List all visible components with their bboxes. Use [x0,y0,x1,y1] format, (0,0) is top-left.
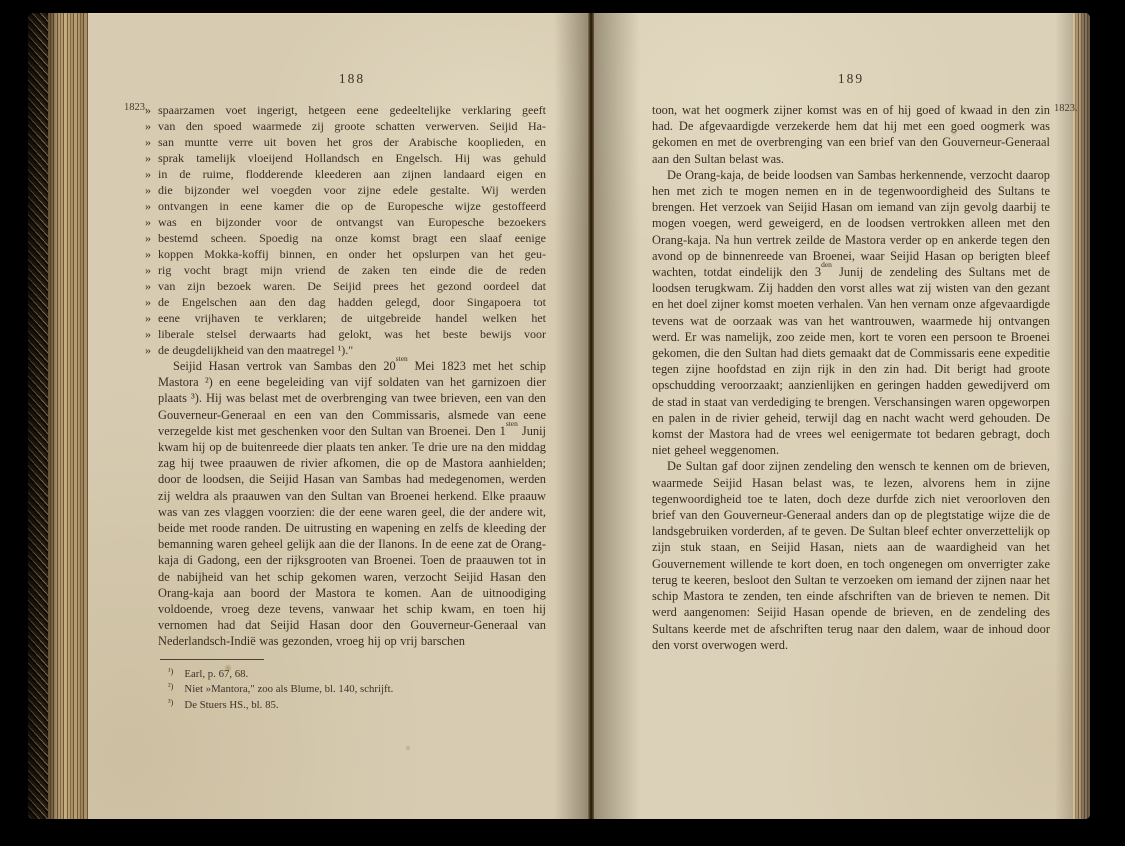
quote-line: »rig vocht bragt mijn vriend de zaken te… [158,262,546,278]
quote-line: »sprak tamelijk vloeijend Hollandsch en … [158,150,546,166]
body-paragraph: De Sultan gaf door zijnen zendeling den … [652,458,1050,652]
quote-mark: » [145,262,151,278]
quote-line-text: liberale stelsel derwaarts had gelokt, w… [158,327,546,341]
quote-line: »de deugdelijkheid van den maatregel ¹).… [158,342,546,358]
body-paragraph: De Orang-kaja, de beide loodsen van Samb… [652,167,1050,459]
quote-line: »liberale stelsel derwaarts had gelokt, … [158,326,546,342]
quote-line: »san muntte verre uit boven het gros der… [158,134,546,150]
margin-year-right: 1823. [1054,103,1078,114]
quote-mark: » [145,182,151,198]
footnote-rule [160,659,264,660]
quote-line-text: de Engelschen aan den dag hadden gelegd,… [158,295,546,309]
quote-line-text: ontvangen in eene kamer die op de Europe… [158,199,546,213]
quote-mark: » [145,166,151,182]
quote-line: »de Engelschen aan den dag hadden gelegd… [158,294,546,310]
page-189: 189 1823. toon, wat het oogmerk zijner k… [594,13,1073,819]
quote-line: »spaarzamen voet ingerigt, hetgeen eene … [158,102,546,118]
quote-line: »was en bijzonder voor de ontvangst van … [158,214,546,230]
quote-line: »van zijn bezoek waren. De Seijid prees … [158,278,546,294]
page-189-content: toon, wat het oogmerk zijner komst was e… [652,102,1050,653]
quote-line: »bestemd scheen. Spoedig na onze komst b… [158,230,546,246]
book-scan: { "colors": { "background": "#000000", "… [0,0,1125,846]
footnote-text: Niet »Mantora," zoo als Blume, bl. 140, … [184,683,393,695]
footnote-marker: ²) [168,681,173,691]
quote-line-text: in de ruime, flodderende kleederen aan z… [158,167,546,181]
body-paragraph: toon, wat het oogmerk zijner komst was e… [652,102,1050,167]
quote-mark: » [145,230,151,246]
quote-mark: » [145,102,151,118]
quote-mark: » [145,310,151,326]
footnote-item: ¹)Earl, p. 67, 68. [158,667,546,683]
footnote-text: De Stuers HS., bl. 85. [184,699,278,711]
quote-line: »in de ruime, flodderende kleederen aan … [158,166,546,182]
quote-mark: » [145,246,151,262]
quote-mark: » [145,278,151,294]
quote-mark: » [145,214,151,230]
quote-mark: » [145,342,151,358]
page-number-left: 188 [158,71,546,89]
page-edges-right [1073,13,1090,819]
quote-paragraph: »spaarzamen voet ingerigt, hetgeen eene … [158,102,546,358]
page-edges-left [48,13,88,819]
quote-line: »die bijzonder wel voegden voor zijne ed… [158,182,546,198]
quote-line: »koppen Mokka-koffij binnen, en onder he… [158,246,546,262]
quote-line-text: eene vrijhaven te verklaren; de uitgebre… [158,311,546,325]
quote-line-text: spaarzamen voet ingerigt, hetgeen eene g… [158,103,546,117]
open-book: 188 1823. »spaarzamen voet ingerigt, het… [28,13,1090,819]
page-188-content: »spaarzamen voet ingerigt, hetgeen eene … [158,102,546,713]
quote-line-text: van den spoed waarmede zij groote schatt… [158,119,546,133]
footnote-item: ²)Niet »Mantora," zoo als Blume, bl. 140… [158,682,546,698]
quote-line-text: bestemd scheen. Spoedig na onze komst br… [158,231,546,245]
quote-mark: » [145,198,151,214]
footnote-text: Earl, p. 67, 68. [184,668,248,680]
quote-line: »van den spoed waarmede zij groote schat… [158,118,546,134]
book-spine-edge [28,13,48,819]
quote-line-text: koppen Mokka-koffij binnen, en onder het… [158,247,546,261]
quote-line-text: sprak tamelijk vloeijend Hollandsch en E… [158,151,546,165]
quote-line-text: de deugdelijkheid van den maatregel ¹)." [158,343,353,357]
page-188: 188 1823. »spaarzamen voet ingerigt, het… [88,13,588,819]
quote-mark: » [145,326,151,342]
footnote-marker: ³) [168,697,173,707]
quote-mark: » [145,134,151,150]
page-189-text-block: 189 1823. toon, wat het oogmerk zijner k… [652,13,1050,653]
footnote-item: ³)De Stuers HS., bl. 85. [158,698,546,714]
quote-mark: » [145,118,151,134]
page-188-text-block: 188 1823. »spaarzamen voet ingerigt, het… [158,13,546,713]
quote-line-text: van zijn bezoek waren. De Seijid prees h… [158,279,546,293]
page-number-right: 189 [652,71,1050,89]
quote-line-text: san muntte verre uit boven het gros der … [158,135,546,149]
footnote-marker: ¹) [168,666,173,676]
quote-line: »ontvangen in eene kamer die op de Europ… [158,198,546,214]
quote-mark: » [145,150,151,166]
quote-line-text: rig vocht bragt mijn vriend de zaken ten… [158,263,546,277]
quote-line-text: die bijzonder wel voegden voor zijne ede… [158,183,546,197]
quote-line-text: was en bijzonder voor de ontvangst van E… [158,215,546,229]
footnote-list: ¹)Earl, p. 67, 68.²)Niet »Mantora," zoo … [158,667,546,714]
body-paragraph: Seijid Hasan vertrok van Sambas den 20st… [158,358,546,650]
quote-mark: » [145,294,151,310]
quote-line: »eene vrijhaven te verklaren; de uitgebr… [158,310,546,326]
